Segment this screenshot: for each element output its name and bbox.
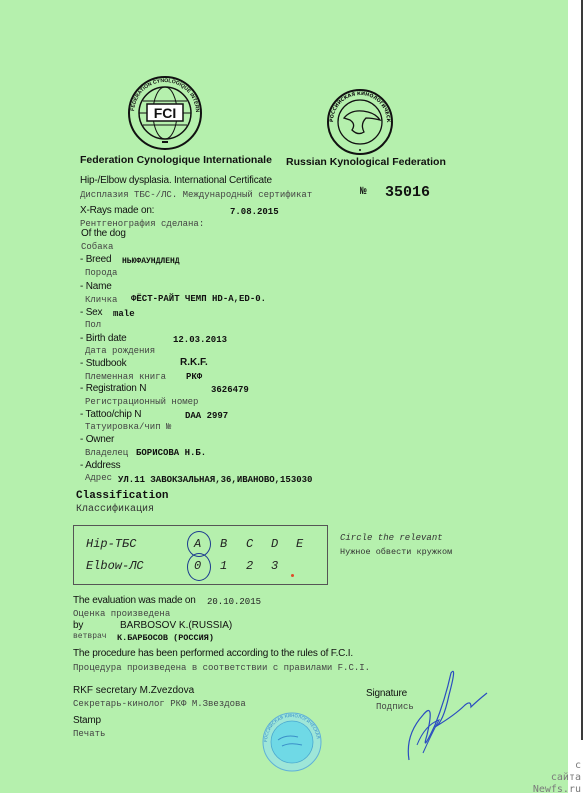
rkf-logo: РОССИЙСКАЯ КИНОЛОГИЧЕСКАЯ ФЕДЕРАЦИЯ: [326, 88, 394, 156]
signature-label-en: Signature: [366, 688, 407, 699]
name-label-ru: Кличка: [85, 295, 117, 305]
evaluation-label-ru: Оценка произведена: [73, 609, 170, 619]
site-watermark: с сайта Newfs.ru: [533, 760, 581, 796]
elbow-grade-3: 3: [271, 559, 278, 573]
elbow-grade-1: 1: [220, 559, 227, 573]
watermark-line1: с: [533, 760, 581, 772]
tattoo-value: DAA 2997: [185, 411, 228, 421]
breed-label-ru: Порода: [85, 268, 117, 278]
registration-label-ru: Регистрационный номер: [85, 397, 198, 407]
circle-note-ru: Нужное обвести кружком: [340, 547, 452, 557]
name-label-en: - Name: [80, 281, 112, 292]
classification-title-ru: Классификация: [76, 504, 154, 515]
breed-label-en: - Breed: [80, 254, 111, 265]
secretary-ru: Секретарь-кинолог РКФ М.Звездова: [73, 699, 246, 709]
studbook-value-en: R.K.F.: [180, 357, 208, 368]
stamp-label-ru: Печать: [73, 729, 105, 739]
watermark-line3: Newfs.ru: [533, 784, 581, 796]
address-label-ru: Адрес: [85, 473, 112, 483]
dog-section-en: Of the dog: [81, 228, 126, 239]
hip-grade-e: E: [296, 537, 303, 551]
elbow-label: Elbow-ЛС: [86, 559, 144, 573]
breed-value: НЬЮФАУНДЛЕНД: [122, 257, 180, 266]
address-value: УЛ.11 ЗАВОКЗАЛЬНАЯ,36,ИВАНОВО,153030: [118, 475, 312, 485]
tattoo-label-ru: Татуировка/чип №: [85, 422, 171, 432]
by-label-en: by: [73, 620, 83, 631]
fci-logo: FCI FEDERATION CYNOLOGIQUE INTERNATIONAL…: [127, 75, 203, 151]
dog-section-ru: Собака: [81, 242, 113, 252]
elbow-grade-2: 2: [246, 559, 253, 573]
sex-label-ru: Пол: [85, 320, 101, 330]
name-value: ФЁСТ-РАЙТ ЧЕМП HD-A,ED-0.: [131, 294, 266, 304]
hip-grade-b: B: [220, 537, 227, 551]
owner-value: БОРИСОВА Н.Б.: [136, 448, 206, 458]
signature-scribble: [405, 665, 495, 770]
owner-label-ru: Владелец: [85, 448, 128, 458]
elbow-selected-circle: [187, 553, 211, 581]
number-sign: №: [360, 186, 367, 198]
xrays-label-en: X-Rays made on:: [80, 205, 154, 216]
classification-title-en: Classification: [76, 490, 168, 502]
circle-note-en: Circle the relevant: [340, 533, 443, 543]
procedure-ru: Процедура произведена в соответствии с п…: [73, 663, 370, 673]
sex-value: male: [113, 309, 135, 319]
evaluation-label-en: The evaluation was made on: [73, 595, 196, 606]
xrays-date: 7.08.2015: [230, 207, 279, 217]
vet-name-ru: К.БАРБОСОВ (РОССИЯ): [117, 633, 214, 643]
tattoo-label-en: - Tattoo/chip N: [80, 409, 141, 420]
rkf-org-name: Russian Kynological Federation: [286, 156, 446, 168]
watermark-line2: сайта: [533, 772, 581, 784]
hip-label: Hip-ТБС: [86, 537, 136, 551]
ink-dot: [291, 574, 294, 577]
birth-date-value: 12.03.2013: [173, 335, 227, 345]
hip-grade-c: C: [246, 537, 253, 551]
svg-text:FCI: FCI: [154, 105, 177, 121]
studbook-label-en: - Studbook: [80, 358, 126, 369]
classification-box: Hip-ТБС Elbow-ЛС A B C D E 0 1 2 3: [73, 525, 328, 585]
registration-value: 3626479: [211, 385, 249, 395]
certificate-title-ru: Дисплазия ТБС-/ЛС. Международный сертифи…: [80, 190, 312, 200]
birth-date-label-ru: Дата рождения: [85, 346, 155, 356]
vet-name-en: BARBOSOV K.(RUSSIA): [120, 620, 232, 631]
owner-label-en: - Owner: [80, 434, 114, 445]
evaluation-date: 20.10.2015: [207, 597, 261, 607]
birth-date-label-en: - Birth date: [80, 333, 127, 344]
studbook-value-ru: РКФ: [186, 372, 202, 382]
certificate-title-en: Hip-/Elbow dysplasia. International Cert…: [80, 175, 272, 186]
certificate-number: 35016: [385, 184, 430, 201]
registration-label-en: - Registration N: [80, 383, 146, 394]
stamp-label-en: Stamp: [73, 715, 101, 726]
rkf-stamp: РОССИЙСКАЯ КИНОЛОГИЧЕСКАЯ ФЕДЕРАЦИЯ: [262, 712, 322, 777]
secretary-en: RKF secretary M.Zvezdova: [73, 685, 194, 696]
sex-label-en: - Sex: [80, 307, 102, 318]
by-label-ru: ветврач: [73, 632, 107, 641]
procedure-en: The procedure has been performed accordi…: [73, 648, 353, 659]
fci-org-name: Federation Cynologique Internationale: [80, 154, 272, 166]
address-label-en: - Address: [80, 460, 120, 471]
studbook-label-ru: Племенная книга: [85, 372, 166, 382]
hip-grade-d: D: [271, 537, 278, 551]
